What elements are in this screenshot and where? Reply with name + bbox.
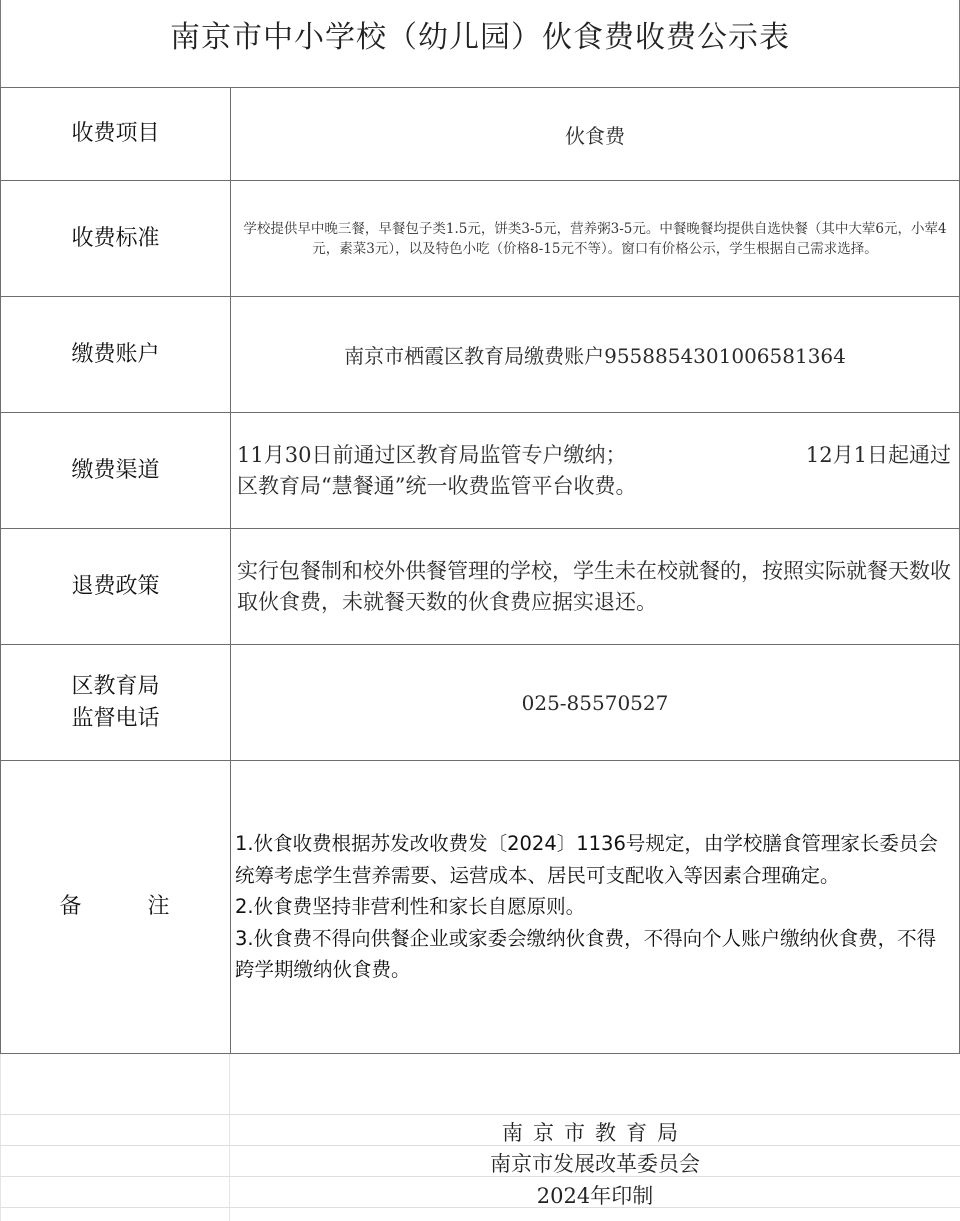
fee-table: 收费项目 伙食费 收费标准 学校提供早中晚三餐，早餐包子类1.5元，饼类3-5元… (0, 87, 960, 1054)
row-label: 缴费账户 (1, 297, 231, 413)
printed-year: 2024年印制 (230, 1180, 960, 1210)
fee-notice-sheet: 南京市中小学校（幼儿园）伙食费收费公示表 收费项目 伙食费 收费标准 学校提供早… (0, 0, 960, 1221)
issuer-development-reform-commission: 南京市发展改革委员会 (230, 1148, 960, 1178)
table-row-payment-account: 缴费账户 南京市栖霞区教育局缴费账户9558854301006581364 (1, 297, 960, 413)
row-value: 南京市栖霞区教育局缴费账户9558854301006581364 (231, 297, 960, 413)
row-label: 备 注 (1, 761, 231, 1054)
table-row-supervision-phone: 区教育局 监督电话 025-85570527 (1, 645, 960, 761)
table-row-payment-channel: 缴费渠道 11月30日前通过区教育局监管专户缴纳； 12月1日起通过 区教育局“… (1, 413, 960, 529)
row-label: 缴费渠道 (1, 413, 231, 529)
remark-item: 2.伙食费坚持非营利性和家长自愿原则。 (235, 891, 953, 923)
footer-area: 南京市教育局 南京市发展改革委员会 2024年印制 (0, 1054, 960, 1221)
gridline (0, 1054, 1, 1221)
channel-text-b: 12月1日起通过 (806, 440, 951, 471)
row-label: 收费标准 (1, 181, 231, 297)
channel-line-2: 区教育局“慧餐通”统一收费监管平台收费。 (237, 471, 951, 502)
table-row-fee-item: 收费项目 伙食费 (1, 88, 960, 181)
issuer-education-bureau: 南京市教育局 (230, 1117, 960, 1147)
remark-item: 3.伙食费不得向供餐企业或家委会缴纳伙食费，不得向个人账户缴纳伙食费，不得跨学期… (235, 923, 953, 986)
table-row-remarks: 备 注 1.伙食收费根据苏发改收费发〔2024〕1136号规定，由学校膳食管理家… (1, 761, 960, 1054)
table-row-refund-policy: 退费政策 实行包餐制和校外供餐管理的学校，学生未在校就餐的，按照实际就餐天数收取… (1, 529, 960, 645)
row-value: 11月30日前通过区教育局监管专户缴纳； 12月1日起通过 区教育局“慧餐通”统… (231, 413, 960, 529)
row-label: 收费项目 (1, 88, 231, 181)
fee-standard-text: 学校提供早中晚三餐，早餐包子类1.5元，饼类3-5元，营养粥3-5元。中餐晚餐均… (231, 219, 959, 259)
row-value: 学校提供早中晚三餐，早餐包子类1.5元，饼类3-5元，营养粥3-5元。中餐晚餐均… (231, 181, 960, 297)
channel-line-1: 11月30日前通过区教育局监管专户缴纳； 12月1日起通过 (237, 440, 951, 471)
title-row: 南京市中小学校（幼儿园）伙食费收费公示表 (0, 0, 960, 87)
row-label: 区教育局 监督电话 (1, 645, 231, 761)
row-value: 伙食费 (231, 88, 960, 181)
channel-text-a: 11月30日前通过区教育局监管专户缴纳； (237, 440, 626, 471)
row-value: 实行包餐制和校外供餐管理的学校，学生未在校就餐的，按照实际就餐天数收取伙食费，未… (231, 529, 960, 645)
gridline (0, 1114, 960, 1115)
table-row-fee-standard: 收费标准 学校提供早中晚三餐，早餐包子类1.5元，饼类3-5元，营养粥3-5元。… (1, 181, 960, 297)
remarks-list: 1.伙食收费根据苏发改收费发〔2024〕1136号规定，由学校膳食管理家长委员会… (231, 828, 959, 986)
supervision-phone: 025-85570527 (231, 645, 960, 761)
page-title: 南京市中小学校（幼儿园）伙食费收费公示表 (170, 12, 790, 56)
row-value: 1.伙食收费根据苏发改收费发〔2024〕1136号规定，由学校膳食管理家长委员会… (231, 761, 960, 1054)
remark-item: 1.伙食收费根据苏发改收费发〔2024〕1136号规定，由学校膳食管理家长委员会… (235, 828, 953, 891)
row-label: 退费政策 (1, 529, 231, 645)
label-line-1: 区教育局 (1, 671, 230, 703)
label-line-2: 监督电话 (1, 703, 230, 735)
